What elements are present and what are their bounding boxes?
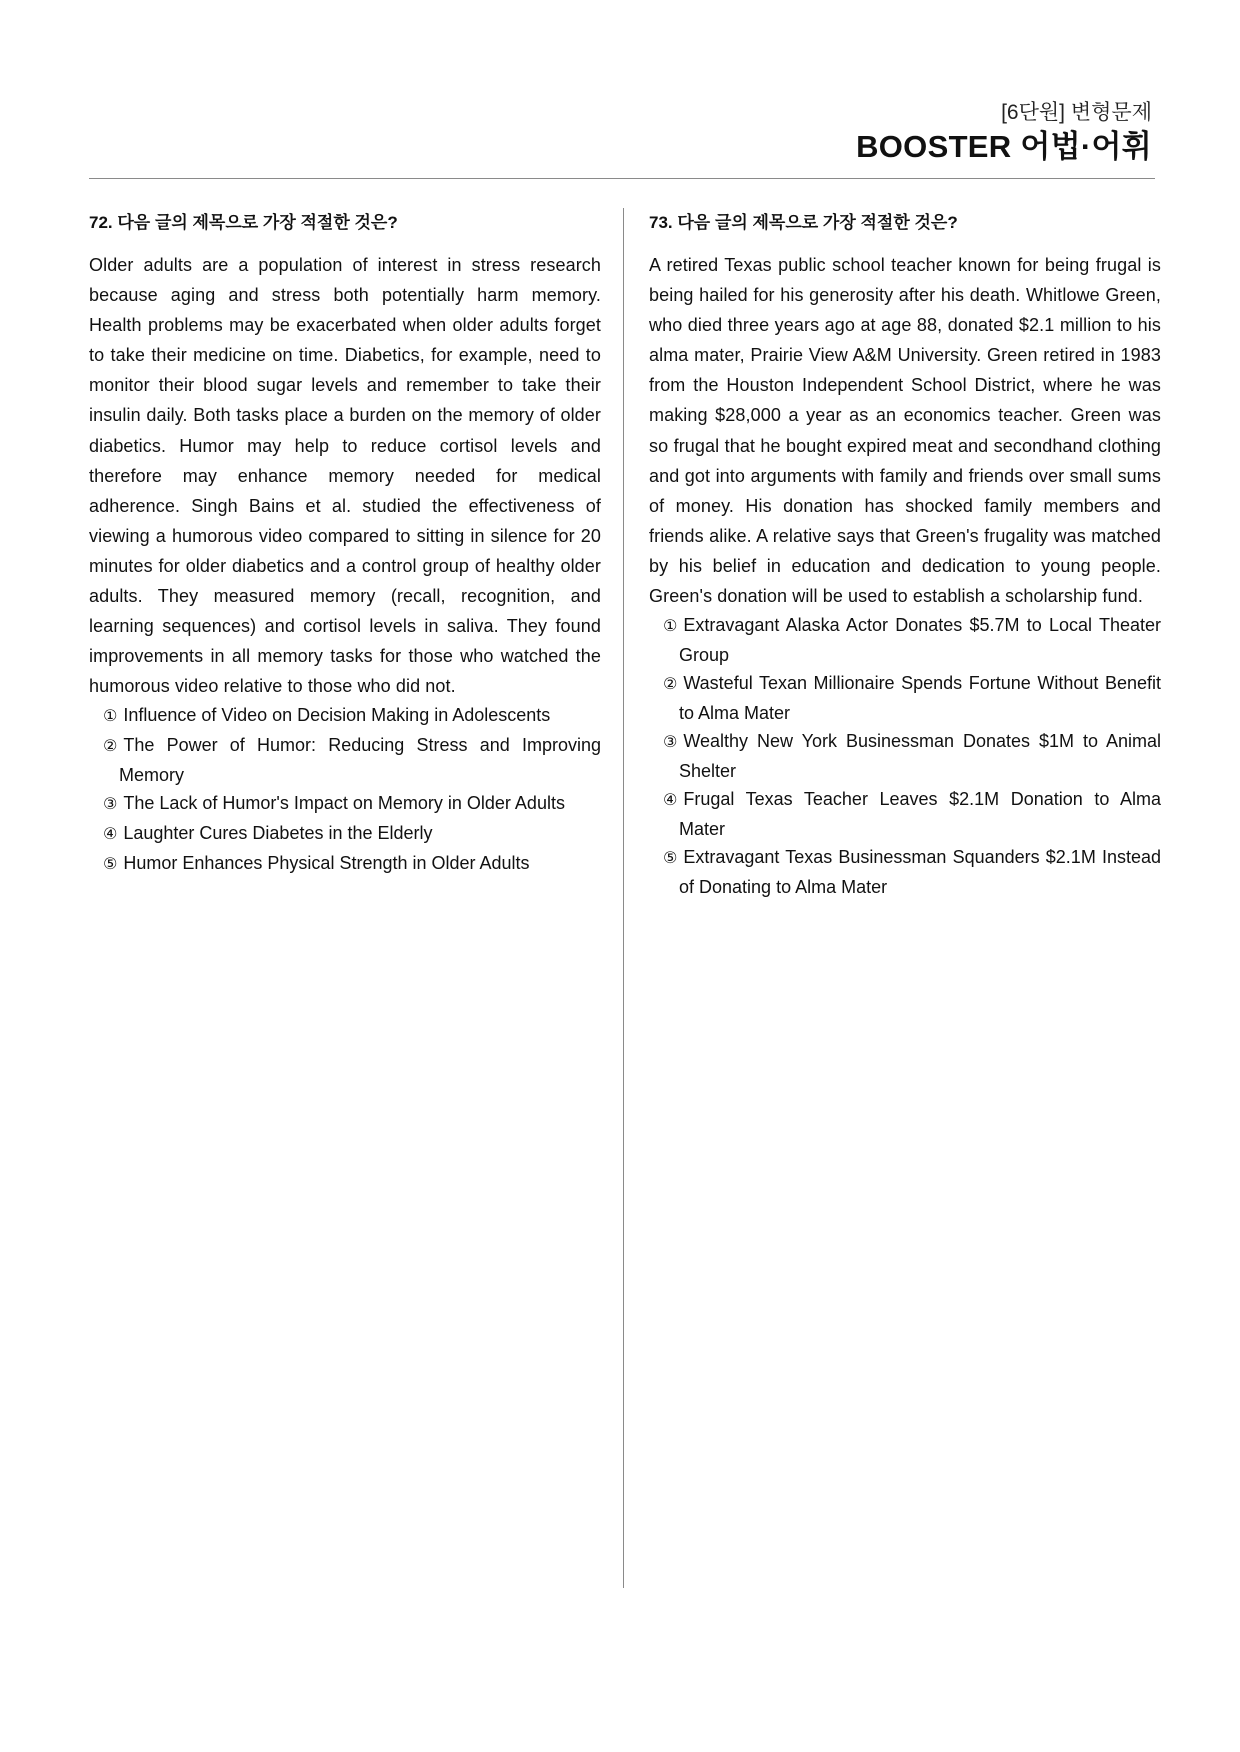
answer-option[interactable]: ①Extravagant Alaska Actor Donates $5.7M … bbox=[649, 611, 1161, 669]
option-marker: ⑤ bbox=[663, 845, 677, 873]
answer-option[interactable]: ②The Power of Humor: Reducing Stress and… bbox=[89, 731, 601, 789]
option-marker: ② bbox=[663, 671, 677, 699]
question-73: 73. 다음 글의 제목으로 가장 적절한 것은? A retired Texa… bbox=[649, 208, 1161, 901]
answer-option[interactable]: ⑤Humor Enhances Physical Strength in Old… bbox=[89, 849, 601, 879]
option-text: Extravagant Texas Businessman Squanders … bbox=[679, 847, 1161, 897]
option-marker: ① bbox=[663, 613, 677, 641]
answer-option[interactable]: ③Wealthy New York Businessman Donates $1… bbox=[649, 727, 1161, 785]
column-divider bbox=[623, 208, 624, 1588]
answer-option[interactable]: ③The Lack of Humor's Impact on Memory in… bbox=[89, 789, 601, 819]
answer-options: ①Influence of Video on Decision Making i… bbox=[89, 701, 601, 879]
option-text: Wealthy New York Businessman Donates $1M… bbox=[679, 731, 1161, 781]
option-text: Frugal Texas Teacher Leaves $2.1M Donati… bbox=[679, 789, 1161, 839]
option-text: Humor Enhances Physical Strength in Olde… bbox=[123, 853, 529, 873]
question-72: 72. 다음 글의 제목으로 가장 적절한 것은? Older adults a… bbox=[89, 208, 601, 879]
question-heading: 73. 다음 글의 제목으로 가장 적절한 것은? bbox=[649, 208, 1161, 238]
question-number: 73. bbox=[649, 213, 673, 232]
option-text: Wasteful Texan Millionaire Spends Fortun… bbox=[679, 673, 1161, 723]
option-text: Extravagant Alaska Actor Donates $5.7M t… bbox=[679, 615, 1161, 665]
answer-option[interactable]: ⑤Extravagant Texas Businessman Squanders… bbox=[649, 843, 1161, 901]
option-marker: ③ bbox=[103, 791, 117, 819]
answer-options: ①Extravagant Alaska Actor Donates $5.7M … bbox=[649, 611, 1161, 901]
question-prompt: 다음 글의 제목으로 가장 적절한 것은? bbox=[677, 213, 957, 232]
option-marker: ⑤ bbox=[103, 851, 117, 879]
answer-option[interactable]: ②Wasteful Texan Millionaire Spends Fortu… bbox=[649, 669, 1161, 727]
option-marker: ① bbox=[103, 703, 117, 731]
answer-option[interactable]: ①Influence of Video on Decision Making i… bbox=[89, 701, 601, 731]
option-text: Laughter Cures Diabetes in the Elderly bbox=[123, 823, 432, 843]
option-marker: ② bbox=[103, 733, 117, 761]
passage: A retired Texas public school teacher kn… bbox=[649, 250, 1161, 611]
answer-option[interactable]: ④Laughter Cures Diabetes in the Elderly bbox=[89, 819, 601, 849]
option-text: The Power of Humor: Reducing Stress and … bbox=[119, 735, 601, 785]
option-text: Influence of Video on Decision Making in… bbox=[123, 705, 550, 725]
option-marker: ④ bbox=[103, 821, 117, 849]
question-number: 72. bbox=[89, 213, 113, 232]
question-heading: 72. 다음 글의 제목으로 가장 적절한 것은? bbox=[89, 208, 601, 238]
answer-option[interactable]: ④Frugal Texas Teacher Leaves $2.1M Donat… bbox=[649, 785, 1161, 843]
header-divider bbox=[89, 178, 1155, 179]
page-header: [6단원] 변형문제 BOOSTER 어법·어휘 bbox=[856, 100, 1152, 166]
passage: Older adults are a population of interes… bbox=[89, 250, 601, 701]
option-text: The Lack of Humor's Impact on Memory in … bbox=[123, 793, 565, 813]
question-prompt: 다음 글의 제목으로 가장 적절한 것은? bbox=[117, 213, 397, 232]
book-title: BOOSTER 어법·어휘 bbox=[856, 128, 1152, 166]
option-marker: ④ bbox=[663, 787, 677, 815]
option-marker: ③ bbox=[663, 729, 677, 757]
unit-subtitle: [6단원] 변형문제 bbox=[856, 100, 1152, 126]
